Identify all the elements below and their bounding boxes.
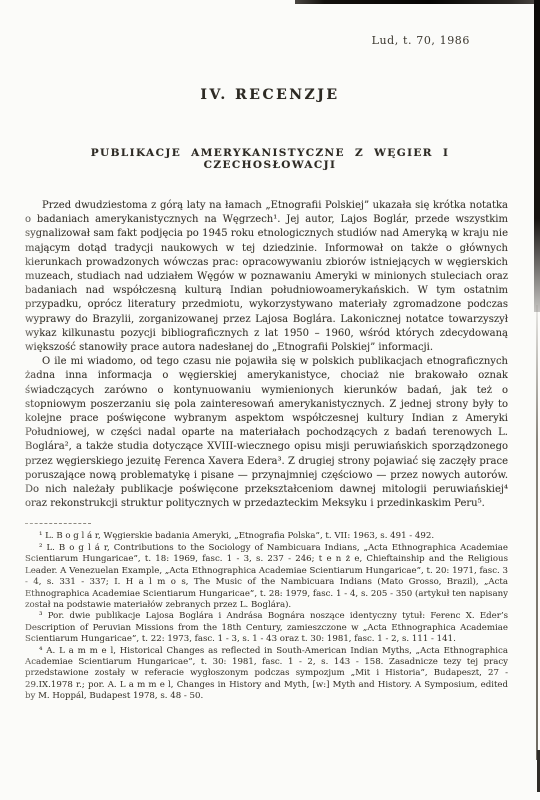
section-title: IV. RECENZJE [0, 87, 540, 103]
footnote-3: ³ Por. dwie publikacje Lajosa Boglára i … [25, 611, 508, 645]
footnote-1: ¹ L. B o g l á r, Węgierskie badania Ame… [25, 531, 508, 542]
article-body: Przed dwudziestoma z górą laty na łamach… [0, 199, 540, 511]
journal-volume-header: Lud, t. 70, 1986 [0, 0, 540, 47]
article-title: PUBLIKACJE AMERYKANISTYCZNE Z WĘGIER I C… [30, 147, 510, 171]
body-paragraph-1: Przed dwudziestoma z górą laty na łamach… [25, 199, 508, 355]
scan-artifact-right-edge [534, 0, 540, 312]
footnote-4: ⁴ A. L a m m e l, Historical Changes as … [25, 646, 508, 703]
scan-artifact-right-line [536, 305, 538, 760]
footnotes-block: ¹ L. B o g l á r, Węgierskie badania Ame… [0, 531, 540, 702]
footnote-separator-rule [25, 523, 91, 524]
scan-artifact-top-edge [295, 0, 540, 4]
scanned-document-page: Lud, t. 70, 1986 IV. RECENZJE PUBLIKACJE… [0, 0, 540, 800]
footnote-2: ² L. B o g l á r, Contributions to the S… [25, 543, 508, 611]
body-paragraph-2: O ile mi wiadomo, od tego czasu nie poja… [25, 355, 508, 511]
